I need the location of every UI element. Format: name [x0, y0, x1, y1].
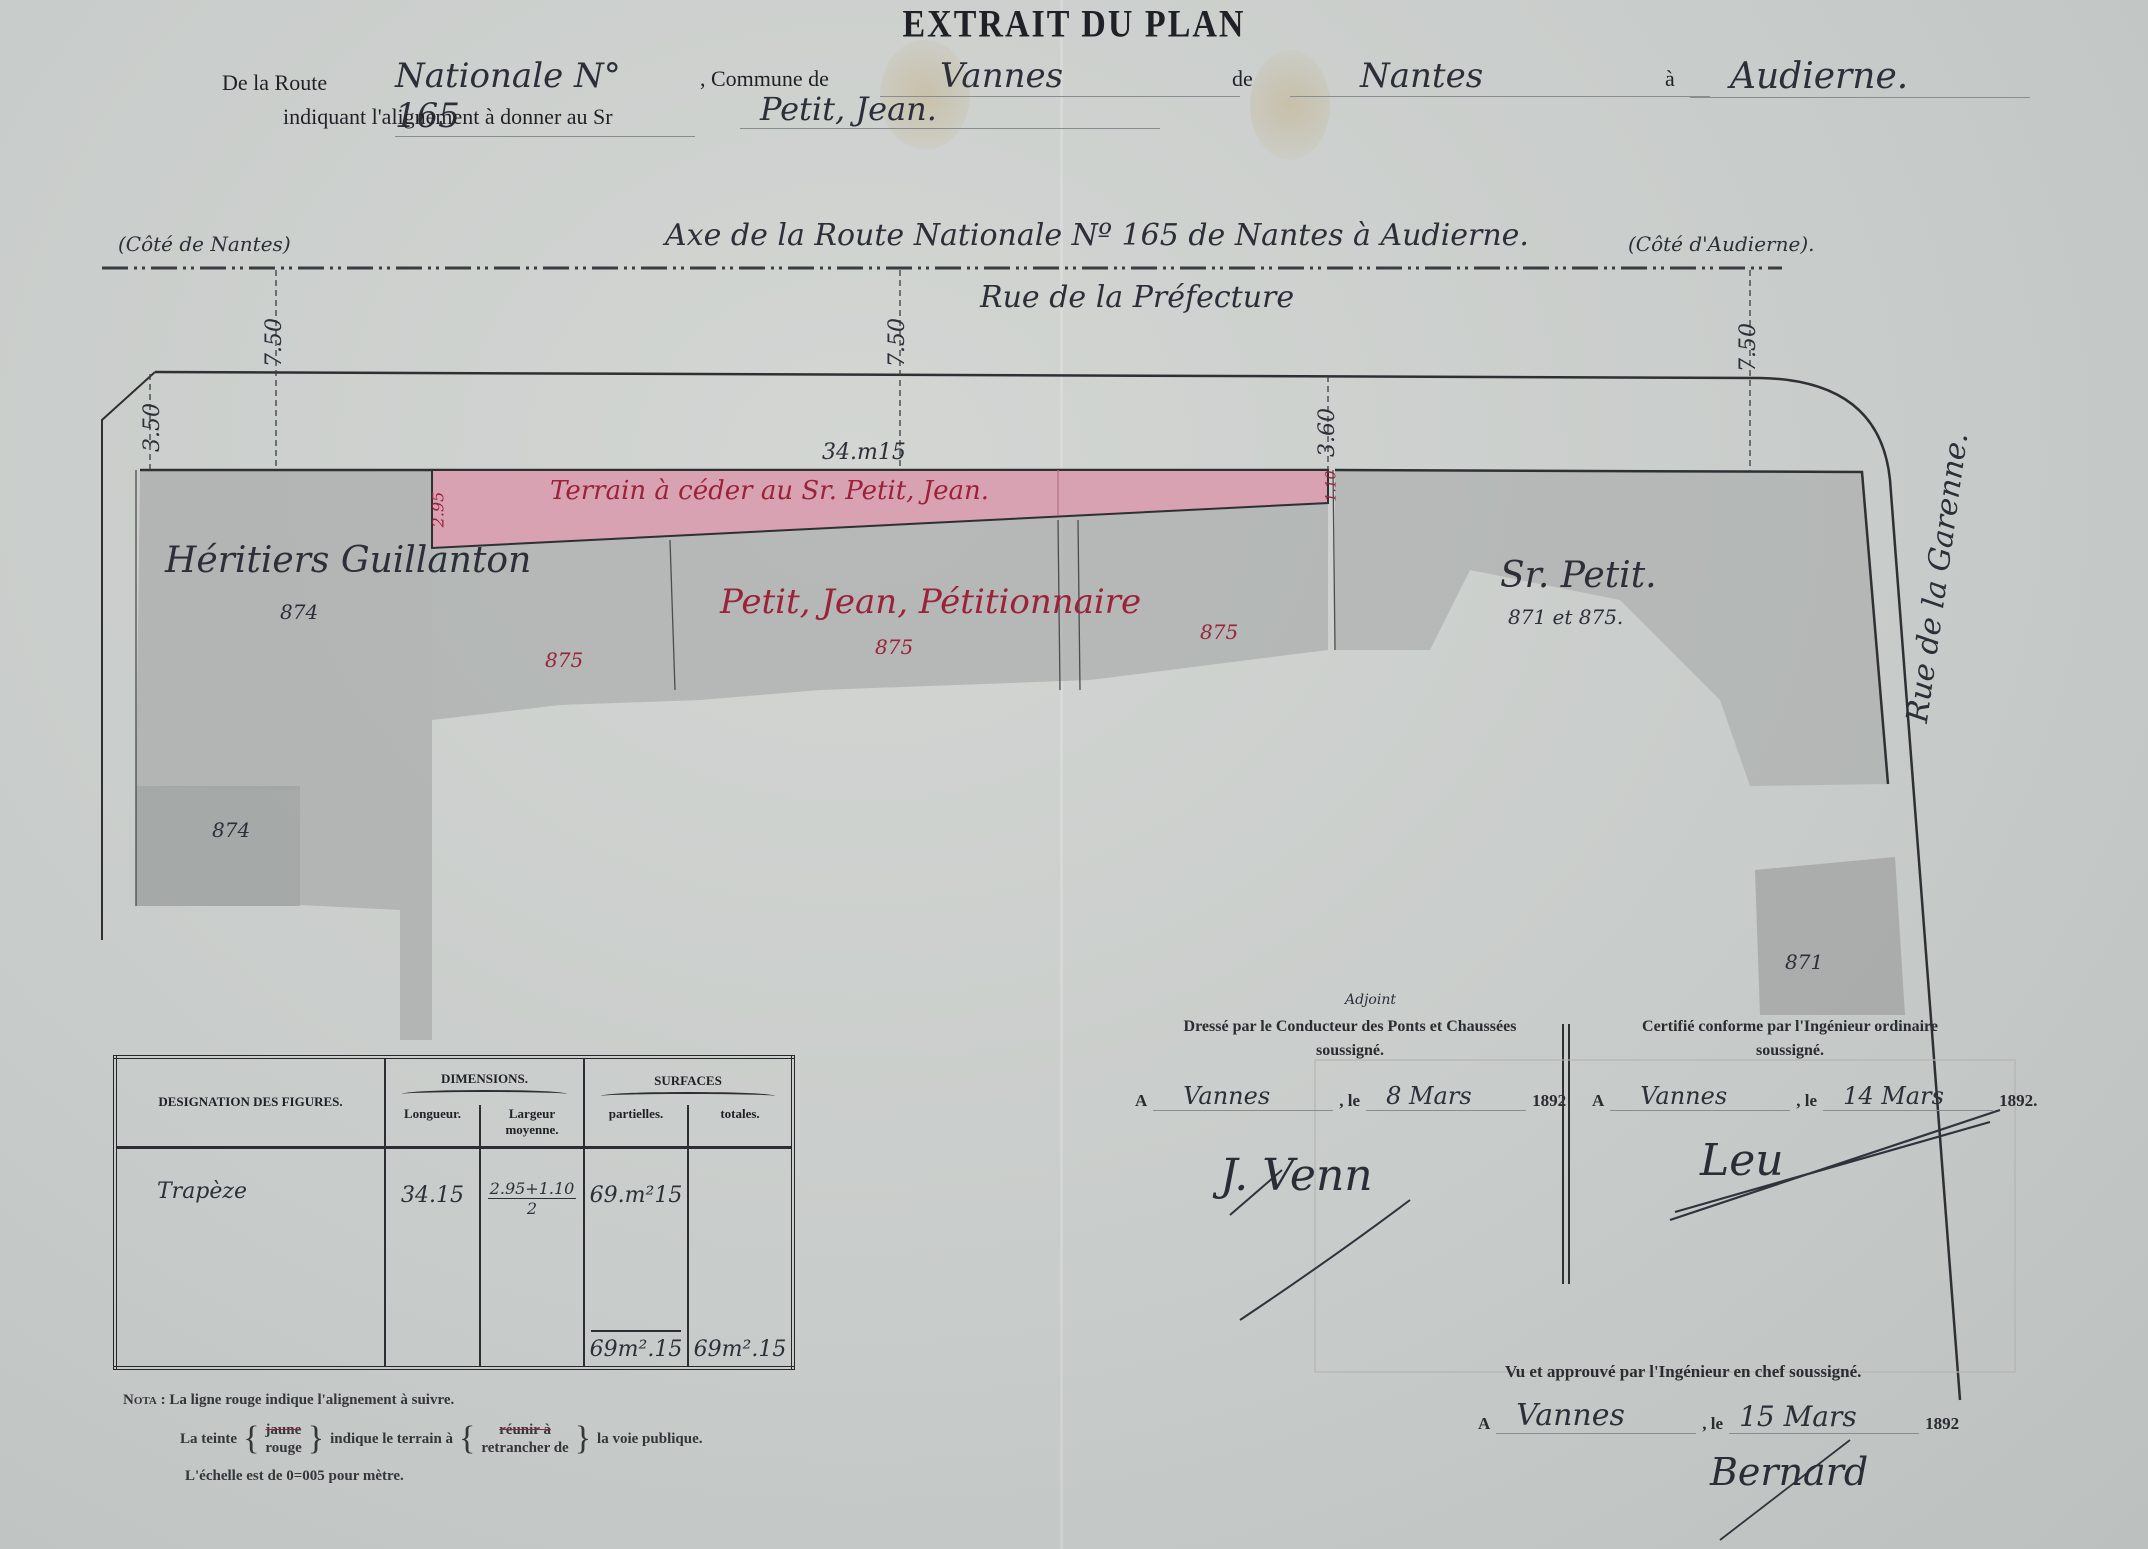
table-row: Trapèze 34.15 2.95+1.10 2 69.m²15 69m².1… — [115, 1147, 793, 1368]
sum-partial: 69m².15 — [585, 1337, 687, 1362]
total-cell: 69m².15 — [688, 1147, 793, 1368]
dim-center-road: 7.50 — [885, 318, 910, 367]
axis-label: Axe de la Route Nationale Nº 165 de Nant… — [665, 218, 1529, 253]
surface-calculation-table: DESIGNATION DES FIGURES. DIMENSIONS. SUR… — [113, 1055, 795, 1370]
conducteur-heading: Dressé par le Conducteur des Ponts et Ch… — [1140, 1018, 1560, 1060]
side-left-label: (Côté de Nantes) — [118, 232, 291, 256]
col-partial: partielles. — [584, 1105, 688, 1147]
parcel-874-lower — [136, 786, 300, 906]
figure-cell: Trapèze — [115, 1147, 385, 1368]
chef-heading: Vu et approuvé par l'Ingénieur en chef s… — [1505, 1362, 1861, 1382]
ceded-strip-label: Terrain à céder au Sr. Petit, Jean. — [550, 476, 989, 506]
ingenieur-signature: Leu — [1700, 1135, 1784, 1186]
chef-place: Vannes — [1496, 1398, 1696, 1434]
dim-strip-right: 1.10 — [1324, 470, 1340, 501]
parcel-number: 871 — [1785, 950, 1823, 974]
dim-strip-left: 2.95 — [428, 492, 447, 528]
width-cell: 2.95+1.10 2 — [480, 1147, 584, 1368]
parcel-owner-petit: Sr. Petit. — [1500, 555, 1657, 596]
group-dimensions: DIMENSIONS. — [385, 1057, 584, 1105]
col-width: Largeur moyenne. — [480, 1105, 584, 1147]
chef-date: 15 Mars — [1729, 1400, 1919, 1434]
partial-cell: 69.m²15 69m².15 — [584, 1147, 688, 1368]
conducteur-place-date: A Vannes , le 8 Mars 1892 — [1135, 1082, 1566, 1111]
parcel-number: 874 — [212, 818, 250, 842]
notes-scale: L'échelle est de 0=005 pour mètre. — [185, 1468, 404, 1485]
dim-left-sidewalk: 3.50 — [140, 403, 165, 452]
notes-tint: La teinte { jaune rouge } indique le ter… — [180, 1420, 703, 1458]
col-length: Longueur. — [385, 1105, 480, 1147]
dim-right-sidewalk: 3.60 — [1315, 408, 1340, 457]
sum-total: 69m².15 — [689, 1337, 791, 1362]
ingenieur-place-date: A Vannes , le 14 Mars 1892. — [1592, 1082, 2037, 1111]
col-designation: DESIGNATION DES FIGURES. — [115, 1057, 385, 1147]
annotation-adjoint: Adjoint — [1345, 992, 1396, 1008]
parcel-owner-guillanton: Héritiers Guillanton — [165, 540, 531, 581]
dim-frontage: 34.m15 — [822, 440, 906, 465]
parcel-owner-petitioner: Petit, Jean, Pétitionnaire — [720, 582, 1141, 622]
group-surfaces: SURFACES — [584, 1057, 793, 1105]
chef-place-date: A Vannes , le 15 Mars 1892 — [1478, 1398, 1959, 1434]
parcel-number: 875 — [875, 635, 913, 659]
side-right-label: (Côté d'Audierne). — [1628, 232, 1814, 256]
chef-signature: Bernard — [1710, 1450, 1868, 1494]
conducteur-signature: J. Venn — [1220, 1150, 1373, 1201]
ingenieur-place: Vannes — [1610, 1082, 1790, 1111]
notes-line1: Nota : La ligne rouge indique l'aligneme… — [123, 1392, 454, 1409]
col-total: totales. — [688, 1105, 793, 1147]
length-cell: 34.15 — [385, 1147, 480, 1368]
ingenieur-date: 14 Mars — [1823, 1082, 1993, 1111]
ingenieur-heading: Certifié conforme par l'Ingénieur ordina… — [1610, 1018, 1970, 1060]
conducteur-date: 8 Mars — [1366, 1082, 1526, 1111]
dim-left-road: 7.50 — [262, 318, 287, 367]
conducteur-place: Vannes — [1153, 1082, 1333, 1111]
parcel-number: 875 — [1200, 620, 1238, 644]
parcel-871-lower — [1755, 857, 1905, 1015]
parcel-number: 875 — [545, 648, 583, 672]
street-top-label: Rue de la Préfecture — [980, 280, 1294, 315]
parcel-number: 874 — [280, 600, 318, 624]
dim-right-road: 7.50 — [1736, 323, 1761, 372]
parcel-number: 871 et 875. — [1508, 605, 1623, 629]
